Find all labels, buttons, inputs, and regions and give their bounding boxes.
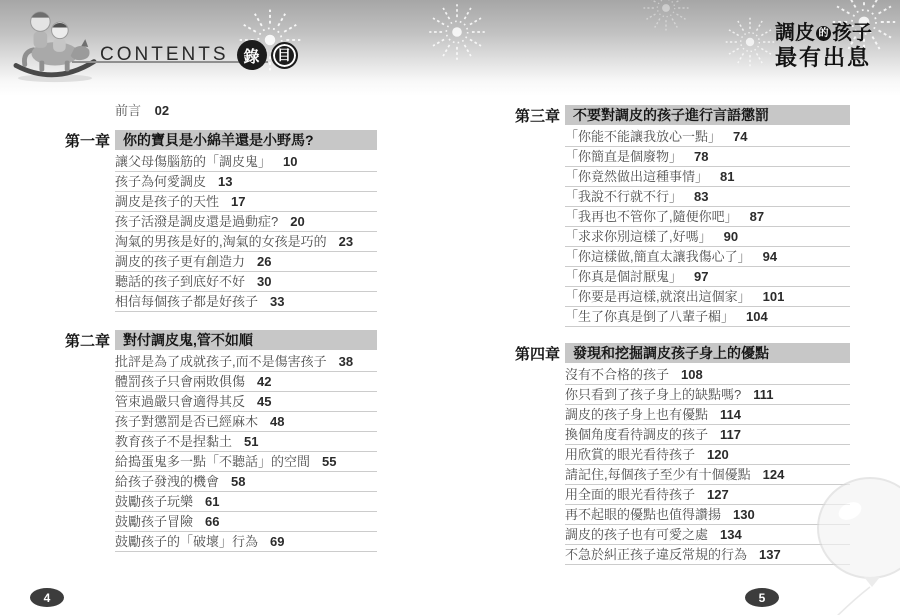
toc-item-page: 120 — [707, 447, 729, 462]
chapter-heading: 第四章發現和挖掘調皮孩子身上的優點 — [515, 343, 850, 363]
toc-item: 「你簡直是個廢物」78 — [565, 147, 850, 167]
toc-spread: CONTENTS 錄 目 調皮 的 孩子 最有出息 前言 02 第一章你的寶貝是… — [0, 0, 900, 615]
preface-page: 02 — [155, 103, 169, 118]
page-number-left: 4 — [30, 588, 64, 607]
toc-item: 「我說不行就不行」83 — [565, 187, 850, 207]
toc-item-title: 聽話的孩子到底好不好 — [115, 274, 245, 289]
toc-item-page: 81 — [720, 169, 734, 184]
balloon-icon — [788, 473, 900, 615]
toc-item: 調皮的孩子更有創造力26 — [115, 252, 377, 272]
toc-item: 「生了你真是倒了八輩子楣」104 — [565, 307, 850, 327]
firework-burst-icon — [722, 14, 778, 70]
toc-item-title: 給搗蛋鬼多一點「不聽話」的空間 — [115, 454, 310, 469]
toc-item-page: 104 — [746, 309, 768, 324]
chapter-label: 第一章 — [65, 130, 115, 151]
toc-item-title: 「你真是個討厭鬼」 — [565, 269, 682, 284]
toc-item-title: 用欣賞的眼光看待孩子 — [565, 447, 695, 462]
toc-item-page: 127 — [707, 487, 729, 502]
toc-item-title: 體罰孩子只會兩敗俱傷 — [115, 374, 245, 389]
toc-item: 「你這樣做,簡直太讓我傷心了」94 — [565, 247, 850, 267]
toc-item: 體罰孩子只會兩敗俱傷42 — [115, 372, 377, 392]
toc-item: 批評是為了成就孩子,而不是傷害孩子38 — [115, 352, 377, 372]
book-title-line1: 調皮 的 孩子 — [775, 22, 872, 44]
toc-item-page: 13 — [218, 174, 232, 189]
toc-item-title: 鼓勵孩子冒險 — [115, 514, 193, 529]
book-title-de-badge: 的 — [816, 26, 831, 41]
toc-item: 你只看到了孩子身上的缺點嗎?111 — [565, 385, 850, 405]
toc-item: 「你竟然做出這種事情」81 — [565, 167, 850, 187]
chapter-heading: 第二章對付調皮鬼,管不如順 — [65, 330, 377, 350]
toc-item: 讓父母傷腦筋的「調皮鬼」10 — [115, 152, 377, 172]
toc-item-page: 55 — [322, 454, 336, 469]
chapter-block: 第三章不要對調皮的孩子進行言語懲罰「你能不能讓我放心一點」74「你簡直是個廢物」… — [515, 105, 850, 327]
book-title-part1: 調皮 — [775, 22, 815, 44]
toc-item-title: 給孩子發洩的機會 — [115, 474, 219, 489]
toc-item-title: 不急於糾正孩子違反常規的行為 — [565, 547, 747, 562]
toc-item-page: 17 — [231, 194, 245, 209]
toc-item-page: 10 — [283, 154, 297, 169]
toc-item: 聽話的孩子到底好不好30 — [115, 272, 377, 292]
chapter-heading: 第一章你的寶貝是小綿羊還是小野馬? — [65, 130, 377, 150]
toc-item: 用欣賞的眼光看待孩子120 — [565, 445, 850, 465]
toc-badge-mu-icon: 目 — [271, 42, 298, 69]
toc-item: 「你真是個討厭鬼」97 — [565, 267, 850, 287]
toc-item-page: 20 — [290, 214, 304, 229]
toc-item-page: 51 — [244, 434, 258, 449]
toc-item: 「你能不能讓我放心一點」74 — [565, 127, 850, 147]
contents-label: CONTENTS — [100, 44, 237, 66]
toc-item: 「求求你別這樣了,好嗎」90 — [565, 227, 850, 247]
chapter-title: 你的寶貝是小綿羊還是小野馬? — [115, 130, 377, 150]
toc-item: 換個角度看待調皮的孩子117 — [565, 425, 850, 445]
toc-item-page: 78 — [694, 149, 708, 164]
toc-item-page: 117 — [720, 427, 741, 442]
toc-item: 調皮的孩子身上也有優點114 — [565, 405, 850, 425]
toc-item-title: 鼓勵孩子的「破壞」行為 — [115, 534, 258, 549]
toc-item-page: 111 — [753, 387, 773, 402]
toc-item-title: 孩子為何愛調皮 — [115, 174, 206, 189]
toc-item-title: 相信每個孩子都是好孩子 — [115, 294, 258, 309]
toc-item: 「我再也不管你了,隨便你吧」87 — [565, 207, 850, 227]
chapter-heading: 第三章不要對調皮的孩子進行言語懲罰 — [515, 105, 850, 125]
toc-item-title: 鼓勵孩子玩樂 — [115, 494, 193, 509]
toc-item-page: 130 — [733, 507, 755, 522]
toc-item-title: 「我再也不管你了,隨便你吧」 — [565, 209, 738, 224]
toc-item-title: 孩子活潑是調皮還是過動症? — [115, 214, 278, 229]
chapter-label: 第二章 — [65, 330, 115, 351]
toc-item-title: 「你簡直是個廢物」 — [565, 149, 682, 164]
toc-item: 孩子活潑是調皮還是過動症?20 — [115, 212, 377, 232]
toc-item-page: 42 — [257, 374, 271, 389]
toc-item-title: 調皮的孩子也有可愛之處 — [565, 527, 708, 542]
toc-item-page: 114 — [720, 407, 741, 422]
toc-item-title: 調皮的孩子更有創造力 — [115, 254, 245, 269]
left-page-column: 前言 02 第一章你的寶貝是小綿羊還是小野馬?讓父母傷腦筋的「調皮鬼」10孩子為… — [65, 100, 377, 552]
book-title-line2: 最有出息 — [775, 46, 872, 70]
toc-item-page: 83 — [694, 189, 708, 204]
toc-item-page: 33 — [270, 294, 284, 309]
toc-item-title: 「你這樣做,簡直太讓我傷心了」 — [565, 249, 751, 264]
firework-burst-icon — [425, 0, 489, 64]
toc-item-page: 45 — [257, 394, 271, 409]
toc-item: 鼓勵孩子的「破壞」行為69 — [115, 532, 377, 552]
toc-item-page: 38 — [339, 354, 353, 369]
book-title-part2: 孩子 — [832, 22, 872, 44]
toc-item-page: 66 — [205, 514, 219, 529]
toc-item-title: 調皮的孩子身上也有優點 — [565, 407, 708, 422]
toc-item-title: 教育孩子不是捏黏土 — [115, 434, 232, 449]
chapter-title: 發現和挖掘調皮孩子身上的優點 — [565, 343, 850, 363]
chapter-label: 第四章 — [515, 343, 565, 364]
toc-item: 給孩子發洩的機會58 — [115, 472, 377, 492]
toc-item: 教育孩子不是捏黏土51 — [115, 432, 377, 452]
chapter-block: 第二章對付調皮鬼,管不如順批評是為了成就孩子,而不是傷害孩子38體罰孩子只會兩敗… — [65, 330, 377, 552]
toc-item-page: 61 — [205, 494, 219, 509]
book-title: 調皮 的 孩子 最有出息 — [775, 22, 872, 70]
left-chapter-list: 第一章你的寶貝是小綿羊還是小野馬?讓父母傷腦筋的「調皮鬼」10孩子為何愛調皮13… — [65, 130, 377, 552]
toc-item-page: 90 — [724, 229, 738, 244]
toc-item-title: 「你竟然做出這種事情」 — [565, 169, 708, 184]
toc-list: 讓父母傷腦筋的「調皮鬼」10孩子為何愛調皮13調皮是孩子的天性17孩子活潑是調皮… — [115, 152, 377, 312]
page-number-right: 5 — [745, 588, 779, 607]
toc-item: 淘氣的男孩是好的,淘氣的女孩是巧的23 — [115, 232, 377, 252]
preface-row: 前言 02 — [115, 100, 377, 117]
firework-burst-icon — [640, 0, 692, 34]
toc-item-title: 「你要是再這樣,就滾出這個家」 — [565, 289, 751, 304]
toc-item-page: 48 — [270, 414, 284, 429]
chapter-label: 第三章 — [515, 105, 565, 126]
toc-item-title: 淘氣的男孩是好的,淘氣的女孩是巧的 — [115, 234, 327, 249]
toc-list: 「你能不能讓我放心一點」74「你簡直是個廢物」78「你竟然做出這種事情」81「我… — [565, 127, 850, 327]
toc-badge-lu-icon: 錄 — [237, 40, 267, 70]
toc-item: 管束過嚴只會適得其反45 — [115, 392, 377, 412]
toc-item-title: 請記住,每個孩子至少有十個優點 — [565, 467, 751, 482]
toc-item-page: 74 — [733, 129, 747, 144]
toc-item-title: 「生了你真是倒了八輩子楣」 — [565, 309, 734, 324]
toc-item-page: 58 — [231, 474, 245, 489]
toc-item: 調皮是孩子的天性17 — [115, 192, 377, 212]
toc-item-title: 調皮是孩子的天性 — [115, 194, 219, 209]
toc-item: 相信每個孩子都是好孩子33 — [115, 292, 377, 312]
toc-item-title: 你只看到了孩子身上的缺點嗎? — [565, 387, 741, 402]
chapter-title: 不要對調皮的孩子進行言語懲罰 — [565, 105, 850, 125]
toc-item-title: 批評是為了成就孩子,而不是傷害孩子 — [115, 354, 327, 369]
toc-list: 批評是為了成就孩子,而不是傷害孩子38體罰孩子只會兩敗俱傷42管束過嚴只會適得其… — [115, 352, 377, 552]
toc-item-page: 97 — [694, 269, 708, 284]
contents-header: CONTENTS 錄 目 — [100, 38, 298, 72]
toc-item-page: 101 — [763, 289, 785, 304]
toc-item-title: 再不起眼的優點也值得讚揚 — [565, 507, 721, 522]
toc-item-page: 108 — [681, 367, 703, 382]
chapter-title: 對付調皮鬼,管不如順 — [115, 330, 377, 350]
toc-item-page: 30 — [257, 274, 271, 289]
toc-item-title: 用全面的眼光看待孩子 — [565, 487, 695, 502]
toc-item-page: 134 — [720, 527, 742, 542]
toc-item-title: 「我說不行就不行」 — [565, 189, 682, 204]
toc-item-title: 換個角度看待調皮的孩子 — [565, 427, 708, 442]
toc-item-page: 124 — [763, 467, 785, 482]
toc-item: 鼓勵孩子玩樂61 — [115, 492, 377, 512]
toc-item-title: 管束過嚴只會適得其反 — [115, 394, 245, 409]
toc-item-page: 94 — [763, 249, 777, 264]
toc-item: 「你要是再這樣,就滾出這個家」101 — [565, 287, 850, 307]
toc-item: 給搗蛋鬼多一點「不聽話」的空間55 — [115, 452, 377, 472]
toc-item-title: 孩子對懲罰是否已經麻木 — [115, 414, 258, 429]
toc-item: 孩子對懲罰是否已經麻木48 — [115, 412, 377, 432]
toc-item: 鼓勵孩子冒險66 — [115, 512, 377, 532]
toc-item-page: 137 — [759, 547, 781, 562]
chapter-block: 第一章你的寶貝是小綿羊還是小野馬?讓父母傷腦筋的「調皮鬼」10孩子為何愛調皮13… — [65, 130, 377, 312]
toc-item-page: 26 — [257, 254, 271, 269]
toc-item-page: 87 — [750, 209, 764, 224]
toc-item-title: 「求求你別這樣了,好嗎」 — [565, 229, 712, 244]
toc-item-page: 69 — [270, 534, 284, 549]
rocking-horse-logo-icon — [10, 5, 100, 85]
toc-item-title: 「你能不能讓我放心一點」 — [565, 129, 721, 144]
toc-item-page: 23 — [339, 234, 353, 249]
toc-item-title: 讓父母傷腦筋的「調皮鬼」 — [115, 154, 271, 169]
preface-label: 前言 — [115, 103, 141, 118]
toc-item: 孩子為何愛調皮13 — [115, 172, 377, 192]
toc-item: 沒有不合格的孩子108 — [565, 365, 850, 385]
toc-item-title: 沒有不合格的孩子 — [565, 367, 669, 382]
